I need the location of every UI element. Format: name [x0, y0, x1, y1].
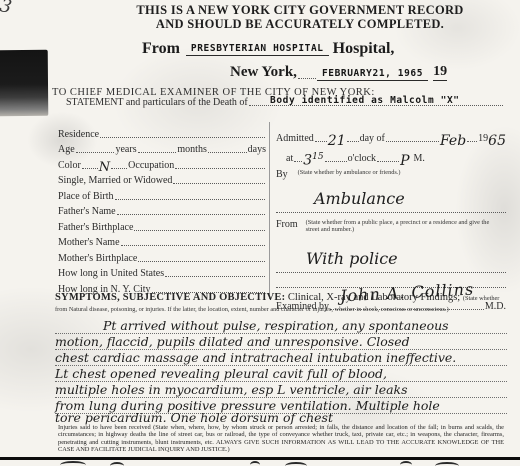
hospital-label: Hospital, — [333, 40, 395, 58]
marital-label: Single, Married or Widowed — [58, 175, 172, 186]
residence-label: Residence — [58, 129, 99, 140]
scan-bottom-bar — [0, 457, 520, 460]
minute-value: 15 — [312, 152, 323, 162]
statement-line: STATEMENT and particulars of the Death o… — [66, 97, 504, 108]
from-row: From (State whether from a public place,… — [276, 213, 506, 248]
findings-line-4: Lt chest opened revealing pleural cavit … — [55, 366, 507, 382]
day-of-label: day of — [360, 133, 385, 144]
admitted-month-value: Feb — [440, 136, 466, 146]
age-label: Age — [58, 144, 75, 155]
symptoms-heading: SYMPTOMS, SUBJECTIVE AND OBJECTIVE: Clin… — [55, 292, 509, 314]
field-mother-name: Mother's Name — [58, 233, 266, 249]
field-age: Age years months days — [58, 140, 266, 156]
color-value: N — [99, 163, 110, 173]
symptoms-heading-caps: SYMPTOMS, SUBJECTIVE AND OBJECTIVE: — [55, 292, 285, 303]
meridiem-value: P — [400, 156, 409, 166]
scanned-hospital-record: 3 THIS IS A NEW YORK CITY GOVERNMENT REC… — [0, 0, 520, 466]
months-label: months — [177, 144, 206, 155]
date-typed-value: FEBRUARY21, 1965 — [317, 68, 428, 81]
oclock-label: o'clock — [348, 153, 376, 164]
father-name-label: Father's Name — [58, 206, 116, 217]
hour-value: 315 — [303, 152, 323, 166]
days-label: days — [248, 144, 266, 155]
findings-lines: Pt arrived without pulse, respiration, a… — [55, 318, 507, 414]
date-line: New York, FEBRUARY21, 1965 19 — [230, 64, 447, 81]
origin-line: From PRESBYTERIAN HOSPITAL Hospital, — [142, 40, 394, 58]
field-father-name: Father's Name — [58, 202, 266, 218]
column-divider — [269, 122, 270, 299]
mother-name-label: Mother's Name — [58, 237, 120, 248]
at-label: at — [286, 153, 293, 164]
corner-pen-mark: 3 — [0, 0, 14, 18]
admitted-day-value: 21 — [328, 136, 346, 146]
year-print: 19 — [433, 64, 447, 81]
findings-line-5: multiple holes in myocardium, esp L vent… — [55, 382, 507, 398]
from-label: From — [142, 40, 180, 58]
occupation-label: Occupation — [128, 160, 174, 171]
place-of-birth-label: Place of Birth — [58, 191, 114, 202]
field-mother-birthplace: Mother's Birthplace — [58, 248, 266, 264]
admission-column: Admitted 21 day of Feb 19 65 at 315 o'cl… — [276, 124, 506, 312]
color-label: Color — [58, 160, 81, 171]
findings-line-3: chest cardiac massage and intratracheal … — [55, 350, 507, 366]
scan-blot — [0, 50, 48, 116]
statement-label: STATEMENT and particulars of the Death o… — [66, 97, 248, 108]
field-marital: Single, Married or Widowed — [58, 171, 266, 187]
m-label: M. — [413, 153, 424, 164]
statement-rule — [249, 102, 503, 106]
years-label: years — [115, 144, 136, 155]
injuries-fine-print: Injuries said to have been received (Sta… — [58, 424, 504, 453]
field-place-of-birth: Place of Birth — [58, 186, 266, 202]
field-how-long-us: How long in United States — [58, 264, 266, 280]
by-hint: (State whether by ambulance or friends.) — [298, 169, 401, 176]
symptoms-heading-rest: Clinical, X-ray and Laboratory Findings; — [288, 292, 460, 303]
admitted-year-value: 65 — [488, 136, 506, 146]
record-notice-line1: THIS IS A NEW YORK CITY GOVERNMENT RECOR… — [130, 4, 470, 18]
admitted-row: Admitted 21 day of Feb 19 65 — [276, 124, 506, 144]
mother-birthplace-label: Mother's Birthplace — [58, 253, 137, 264]
from-hint: (State whether from a public place, a pr… — [306, 219, 492, 233]
from-value: With police — [276, 248, 506, 273]
admitted-label: Admitted — [276, 133, 314, 144]
city-label: New York, — [230, 64, 297, 81]
findings-line-7: tore pericardium. One hole dorsum of che… — [55, 410, 333, 425]
year-print-label: 19 — [478, 133, 488, 144]
father-birthplace-label: Father's Birthplace — [58, 222, 133, 233]
findings-line-2: motion, flaccid, pupils dilated and unre… — [55, 334, 507, 350]
particulars-column: Residence Age years months days Color N … — [58, 124, 266, 295]
findings-line-1: Pt arrived without pulse, respiration, a… — [55, 318, 507, 334]
record-notice-line2: AND SHOULD BE ACCURATELY COMPLETED. — [130, 18, 470, 32]
how-long-us-label: How long in United States — [58, 268, 164, 279]
from-source-label: From — [276, 219, 298, 230]
field-father-birthplace: Father's Birthplace — [58, 217, 266, 233]
time-row: at 315 o'clock P M. — [276, 144, 506, 164]
by-label: By — [276, 169, 288, 180]
hospital-typed-value: PRESBYTERIAN HOSPITAL — [186, 43, 329, 56]
field-residence: Residence — [58, 124, 266, 140]
field-color-occupation: Color N Occupation — [58, 155, 266, 171]
by-value: Ambulance — [276, 187, 506, 213]
